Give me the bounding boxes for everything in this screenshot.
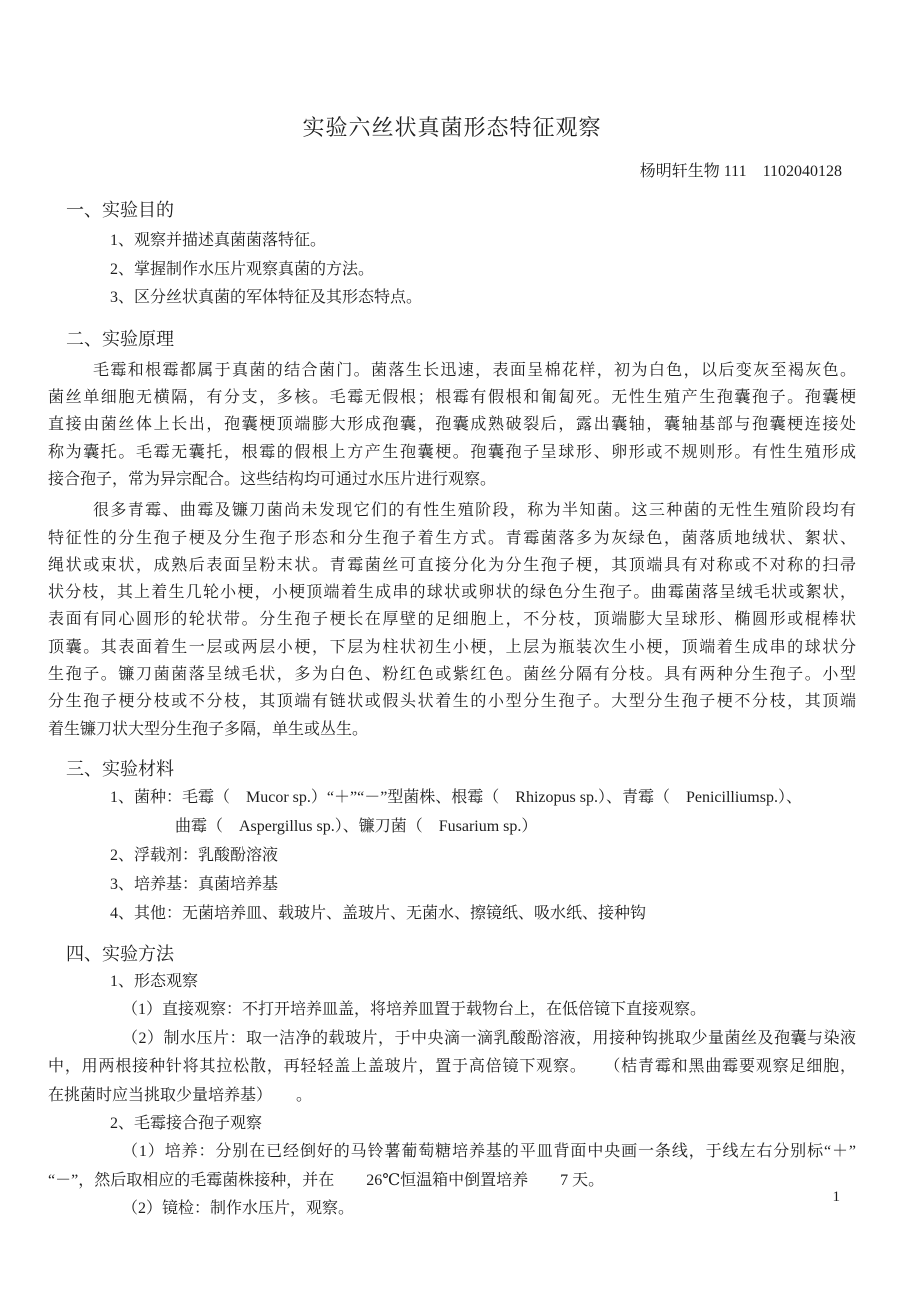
- text-line: 中，用两根接种针将其拉松散，再轻轻盖上盖玻片，置于高倍镜下观察。 （桔青霉和黑曲…: [48, 1053, 856, 1081]
- author-line: 杨明轩生物 111 1102040128: [48, 160, 856, 184]
- text-line: 分生孢子梗分枝或不分枝，其顶端有链状或假头状着生的小型分生孢子。大型分生孢子梗不…: [48, 688, 856, 715]
- text-line: 生孢子。镰刀菌菌落呈绒毛状，多为白色、粉红色或紫红色。菌丝分隔有分枝。具有两种分…: [48, 661, 856, 688]
- text-line: 特征性的分生孢子梗及分生孢子形态和分生孢子着生方式。青霉菌落多为灰绿色，菌落质地…: [48, 525, 856, 552]
- purpose-item: 1、观察并描述真菌菌落特征。: [110, 227, 856, 256]
- materials-item-strains-cont: 曲霉（ Aspergillus sp.）、镰刀菌（ Fusarium sp.）: [175, 812, 856, 841]
- text-line: （1）培养：分别在已经倒好的马铃薯葡萄糖培养基的平皿背面中央画一条线，于线左右分…: [48, 1138, 856, 1166]
- method-wet-mount-paragraph: （2）制水压片：取一洁净的载玻片，于中央滴一滴乳酸酚溶液，用接种钩挑取少量菌丝及…: [48, 1025, 856, 1110]
- materials-item-medium: 3、培养基：真菌培养基: [110, 870, 856, 899]
- document-title: 实验六丝状真菌形态特征观察: [48, 114, 856, 142]
- text-line: “－”，然后取相应的毛霉菌株接种，并在 26℃恒温箱中倒置培养 7 天。: [48, 1167, 856, 1195]
- text-line: 表面有同心圆形的轮状带。分生孢子梗长在厚壁的足细胞上，不分枝，顶端膨大呈球形、椭…: [48, 606, 856, 633]
- principle-paragraph-1: 毛霉和根霉都属于真菌的结合菌门。菌落生长迅速，表面呈棉花样，初为白色，以后变灰至…: [48, 357, 856, 493]
- materials-item-others: 4、其他：无菌培养皿、载玻片、盖玻片、无菌水、擦镜纸、吸水纸、接种钩: [110, 899, 856, 928]
- method-direct-observation: （1）直接观察：不打开培养皿盖，将培养皿置于载物台上，在低倍镜下直接观察。: [48, 996, 856, 1024]
- document-page: 实验六丝状真菌形态特征观察 杨明轩生物 111 1102040128 一、实验目…: [0, 0, 920, 1303]
- text-line: 直接由菌丝体上长出，孢囊梗顶端膨大形成孢囊，孢囊成熟破裂后，露出囊轴，囊轴基部与…: [48, 411, 856, 438]
- materials-item-strains: 1、菌种：毛霉（ Mucor sp.）“＋”“－”型菌株、根霉（ Rhizopu…: [110, 783, 856, 812]
- section-purpose-heading: 一、实验目的: [66, 197, 856, 224]
- text-line: 菌丝单细胞无横隔，有分支，多核。毛霉无假根；根霉有假根和匍匐死。无性生殖产生孢囊…: [48, 384, 856, 411]
- section-materials-heading: 三、实验材料: [66, 756, 856, 783]
- page-content: 实验六丝状真菌形态特征观察 杨明轩生物 111 1102040128 一、实验目…: [0, 0, 920, 1224]
- method-morphology-heading: 1、形态观察: [110, 968, 856, 996]
- text-line: 绳状或束状，成熟后表面呈粉末状。青霉菌丝可直接分化为分生孢子梗，其顶端具有对称或…: [48, 552, 856, 579]
- text-line: 毛霉和根霉都属于真菌的结合菌门。菌落生长迅速，表面呈棉花样，初为白色，以后变灰至…: [48, 357, 856, 384]
- text-line: 称为囊托。毛霉无囊托，根霉的假根上方产生孢囊梗。孢囊孢子呈球形、卵形或不规则形。…: [48, 439, 856, 466]
- section-methods-heading: 四、实验方法: [66, 941, 856, 968]
- method-microscopy: （2）镜检：制作水压片，观察。: [48, 1195, 856, 1223]
- text-line: （2）制水压片：取一洁净的载玻片，于中央滴一滴乳酸酚溶液，用接种钩挑取少量菌丝及…: [48, 1025, 856, 1053]
- materials-item-mounting-agent: 2、浮载剂：乳酸酚溶液: [110, 841, 856, 870]
- text-line: 很多青霉、曲霉及镰刀菌尚未发现它们的有性生殖阶段，称为半知菌。这三种菌的无性生殖…: [48, 497, 856, 524]
- section-principle-heading: 二、实验原理: [66, 326, 856, 353]
- purpose-item: 3、区分丝状真菌的军体特征及其形态特点。: [110, 284, 856, 313]
- purpose-item: 2、掌握制作水压片观察真菌的方法。: [110, 256, 856, 285]
- text-line: 接合孢子，常为异宗配合。这些结构均可通过水压片进行观察。: [48, 466, 856, 493]
- text-line: 着生镰刀状大型分生孢子多隔，单生或丛生。: [48, 716, 856, 743]
- principle-paragraph-2: 很多青霉、曲霉及镰刀菌尚未发现它们的有性生殖阶段，称为半知菌。这三种菌的无性生殖…: [48, 497, 856, 743]
- method-culture-paragraph: （1）培养：分别在已经倒好的马铃薯葡萄糖培养基的平皿背面中央画一条线，于线左右分…: [48, 1138, 856, 1195]
- text-line: 顶囊。其表面着生一层或两层小梗，下层为柱状初生小梗，上层为瓶装次生小梗，顶端着生…: [48, 634, 856, 661]
- text-line: 在挑菌时应当挑取少量培养基） 。: [48, 1082, 856, 1110]
- purpose-list: 1、观察并描述真菌菌落特征。2、掌握制作水压片观察真菌的方法。3、区分丝状真菌的…: [110, 227, 856, 313]
- method-zygospore-heading: 2、毛霉接合孢子观察: [110, 1110, 856, 1138]
- text-line: 状分枝，其上着生几轮小梗，小梗顶端着生成串的球状或卵状的绿色分生孢子。曲霉菌落呈…: [48, 579, 856, 606]
- page-number: 1: [833, 1188, 841, 1206]
